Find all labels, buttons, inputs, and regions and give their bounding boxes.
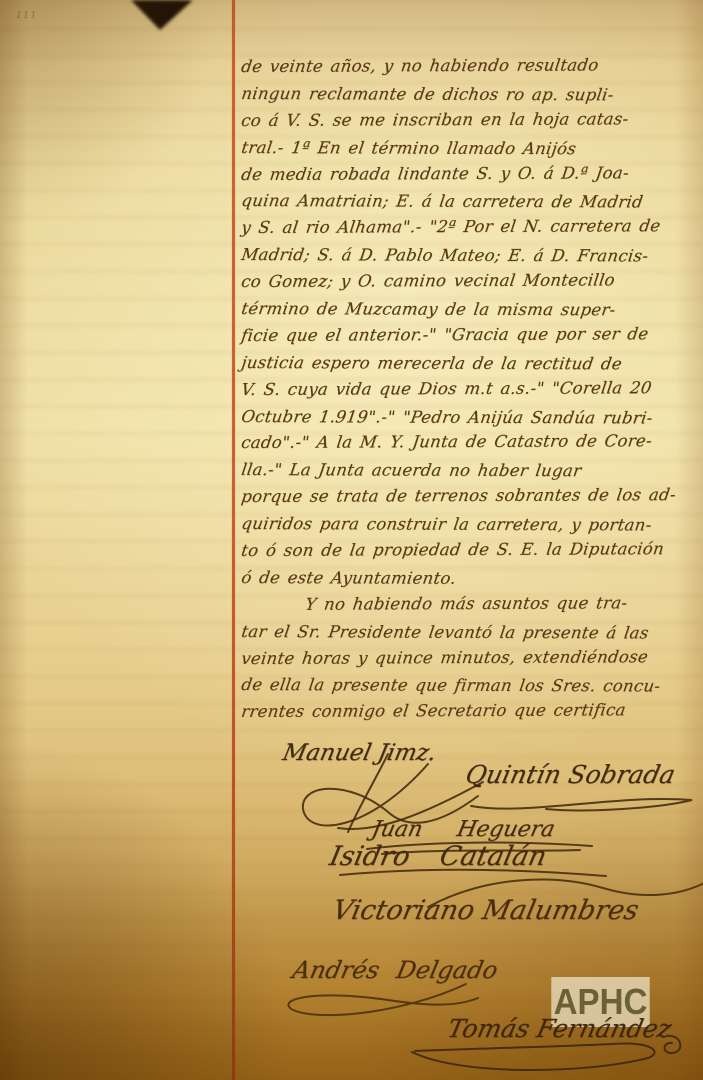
signature-name: Manuel Jimz. <box>280 740 439 766</box>
manuscript-line: porque se trata de terrenos sobrantes de… <box>239 485 701 514</box>
signature-victoriano-malumbres: Victoriano Malumbres <box>333 895 638 926</box>
manuscript-line: ó de este Ayuntamiento. <box>239 568 701 596</box>
signature-tomas-fernandez: Tomás Fernández <box>448 1014 671 1043</box>
manuscript-line: cado".-" A la M. Y. Junta de Catastro de… <box>239 431 701 460</box>
signature-isidro-catalan: Isidro Catalán <box>330 841 546 872</box>
signature-name: Andrés Delgado <box>290 956 500 984</box>
signature-name: Isidro Catalán <box>327 841 550 872</box>
signature-name: Victoriano Malumbres <box>330 895 642 926</box>
signature-underline-flourish <box>466 790 696 816</box>
signature-name: Quintín Sobrada <box>463 760 678 789</box>
signature-andres-delgado: Andrés Delgado <box>293 956 497 984</box>
manuscript-page: 111 de veinte años, y no habiendo result… <box>0 0 703 1080</box>
manuscript-line: ningun reclamante de dichos ro ap. supli… <box>239 84 701 112</box>
manuscript-line: ficie que el anterior.-" "Gracia que por… <box>239 324 701 353</box>
margin-rule-line <box>232 0 235 1080</box>
manuscript-line: veinte horas y quince minutos, extendién… <box>239 647 701 676</box>
signature-name: Tomás Fernández <box>445 1014 674 1043</box>
signature-manuel-jimenez: Manuel Jimz. <box>283 740 436 766</box>
manuscript-line: V. S. cuya vida que Dios m.t a.s.-" "Cor… <box>239 378 701 407</box>
binding-clip-shadow <box>131 0 193 30</box>
signature-juan-heguera: Juan Heguera <box>372 817 554 842</box>
manuscript-line: justicia espero merecerla de la rectitud… <box>239 353 701 381</box>
manuscript-line: tral.- 1ª En el término llamado Anijós <box>239 138 701 166</box>
manuscript-line: tar el Sr. Presidente levantó la present… <box>239 622 701 650</box>
manuscript-line: de media robada lindante S. y O. á D.ª J… <box>239 163 701 192</box>
signature-name: Juan Heguera <box>369 817 557 842</box>
manuscript-line: de veinte años, y no habiendo resultado <box>239 55 701 84</box>
manuscript-line: y S. al rio Alhama".- "2ª Por el N. carr… <box>239 216 701 245</box>
manuscript-line: rrentes conmigo el Secretario que certif… <box>239 700 701 729</box>
signature-quintin-sobrada: Quintín Sobrada <box>466 760 675 789</box>
manuscript-line: Y no habiendo más asuntos que tra- <box>239 593 701 622</box>
manuscript-line: co á V. S. se me inscriban en la hoja ca… <box>239 109 701 138</box>
manuscript-text: de veinte años, y no habiendo resultado … <box>239 57 697 729</box>
manuscript-line: to ó son de la propiedad de S. E. la Dip… <box>239 539 701 568</box>
manuscript-line: término de Muzcamay de la misma super- <box>239 299 701 327</box>
manuscript-line: co Gomez; y O. camino vecinal Montecillo <box>239 270 701 299</box>
page-number-mark: 111 <box>16 11 38 21</box>
